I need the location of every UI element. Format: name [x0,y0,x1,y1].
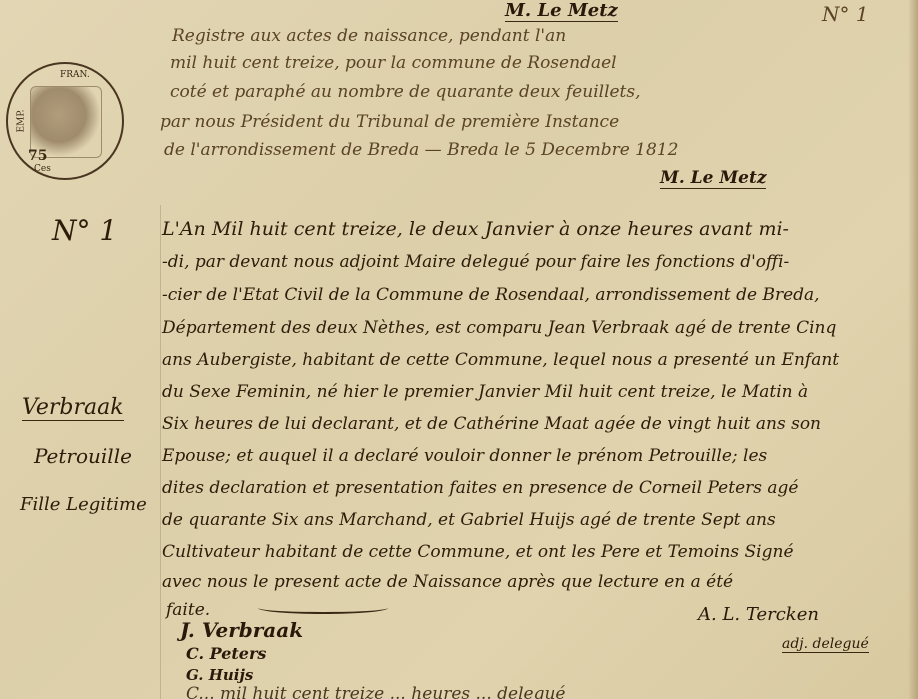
preamble-line: mil huit cent treize, pour la commune de… [170,53,617,73]
preamble-line: Registre aux actes de naissance, pendant… [172,26,566,46]
entry-line: -di, par devant nous adjoint Maire deleg… [162,252,789,272]
witness-signature: J. Verbraak [180,618,303,642]
witness-signature: G. Huijs [186,666,253,684]
entry-line: avec nous le present acte de Naissance a… [162,572,733,592]
stamp-side-text: EMP. [16,110,26,133]
margin-status: Fille Legitime [20,494,147,515]
page-number: N° 1 [822,2,869,26]
entry-line: L'An Mil huit cent treize, le deux Janvi… [162,218,789,240]
entry-line: dites declaration et presentation faites… [162,478,798,498]
stamp-unit: Ces [34,164,51,174]
margin-surname: Verbraak [22,395,124,421]
entry-line: Six heures de lui declarant, et de Cathé… [162,414,821,434]
witness-signature: C. Peters [186,644,266,663]
entry-line: du Sexe Feminin, né hier le premier Janv… [162,382,808,402]
register-page: M. Le Metz N° 1 FRAN. EMP. 75 Ces Regist… [0,0,918,699]
official-signature: A. L. Tercken [698,604,819,625]
entry-line: ans Aubergiste, habitant de cette Commun… [162,350,839,370]
next-entry-partial: C... mil huit cent treize ... heures ...… [186,684,565,699]
entry-line: -cier de l'Etat Civil de la Commune de R… [162,285,820,305]
page-edge [908,0,918,699]
official-title: adj. delegué [782,636,869,653]
preamble-line: de l'arrondissement de Breda — Breda le … [164,140,678,160]
preamble-line: coté et paraphé au nombre de quarante de… [170,82,641,102]
header-signature: M. Le Metz [505,0,618,22]
stamp-value: 75 [28,148,47,164]
tax-stamp: FRAN. EMP. 75 Ces [6,62,124,180]
entry-number: N° 1 [52,214,117,247]
closing-flourish [258,602,388,614]
margin-given-name: Petrouille [34,444,132,468]
margin-rule [160,205,161,699]
stamp-top-text: FRAN. [60,70,90,80]
entry-line: faite. [166,600,210,620]
entry-line: Epouse; et auquel il a declaré vouloir d… [162,446,767,466]
entry-line: de quarante Six ans Marchand, et Gabriel… [162,510,776,530]
preamble-signature: M. Le Metz [660,168,766,189]
preamble-line: par nous Président du Tribunal de premiè… [160,112,619,132]
entry-line: Département des deux Nèthes, est comparu… [162,318,836,338]
entry-line: Cultivateur habitant de cette Commune, e… [162,542,794,562]
